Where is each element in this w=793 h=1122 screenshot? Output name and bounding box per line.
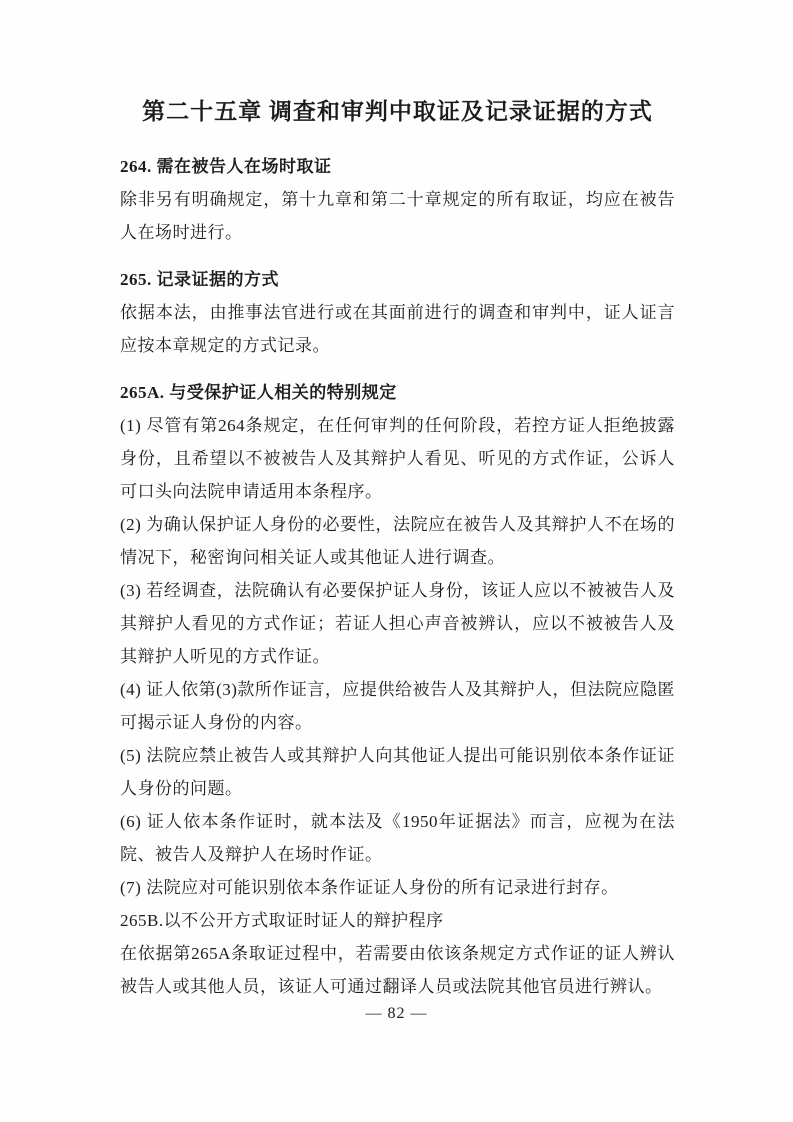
section-265a-clause-1: (1) 尽管有第264条规定，在任何审判的任何阶段，若控方证人拒绝披露身份，且希… (120, 409, 675, 508)
page-number: — 82 — (0, 1003, 793, 1025)
chapter-title: 第二十五章 调查和审判中取证及记录证据的方式 (120, 96, 675, 128)
section-265a: 265A. 与受保护证人相关的特别规定 (1) 尽管有第264条规定，在任何审判… (120, 376, 675, 904)
section-265a-clause-5: (5) 法院应禁止被告人或其辩护人向其他证人提出可能识别依本条作证证人身份的问题… (120, 739, 675, 805)
section-264: 264. 需在被告人在场时取证 除非另有明确规定，第十九章和第二十章规定的所有取… (120, 150, 675, 249)
section-265a-clause-2: (2) 为确认保护证人身份的必要性，法院应在被告人及其辩护人不在场的情况下，秘密… (120, 508, 675, 574)
section-265b-heading: 265B.以不公开方式取证时证人的辩护程序 (120, 904, 675, 937)
section-265a-heading: 265A. 与受保护证人相关的特别规定 (120, 376, 675, 409)
section-265-paragraph: 依据本法，由推事法官进行或在其面前进行的调查和审判中，证人证言应按本章规定的方式… (120, 296, 675, 362)
section-265b-paragraph: 在依据第265A条取证过程中，若需要由依该条规定方式作证的证人辨认被告人或其他人… (120, 937, 675, 1003)
document-page: 第二十五章 调查和审判中取证及记录证据的方式 264. 需在被告人在场时取证 除… (0, 0, 793, 1122)
section-265b: 265B.以不公开方式取证时证人的辩护程序 在依据第265A条取证过程中，若需要… (120, 904, 675, 1003)
section-265-heading: 265. 记录证据的方式 (120, 263, 675, 296)
section-265: 265. 记录证据的方式 依据本法，由推事法官进行或在其面前进行的调查和审判中，… (120, 263, 675, 362)
section-265a-clause-4: (4) 证人依第(3)款所作证言，应提供给被告人及其辩护人，但法院应隐匿可揭示证… (120, 673, 675, 739)
section-265a-clause-3: (3) 若经调查，法院确认有必要保护证人身份，该证人应以不被被告人及其辩护人看见… (120, 574, 675, 673)
section-265a-clause-6: (6) 证人依本条作证时，就本法及《1950年证据法》而言，应视为在法院、被告人… (120, 805, 675, 871)
section-264-heading: 264. 需在被告人在场时取证 (120, 150, 675, 183)
section-265a-clause-7: (7) 法院应对可能识别依本条作证证人身份的所有记录进行封存。 (120, 871, 675, 904)
section-264-paragraph: 除非另有明确规定，第十九章和第二十章规定的所有取证，均应在被告人在场时进行。 (120, 183, 675, 249)
